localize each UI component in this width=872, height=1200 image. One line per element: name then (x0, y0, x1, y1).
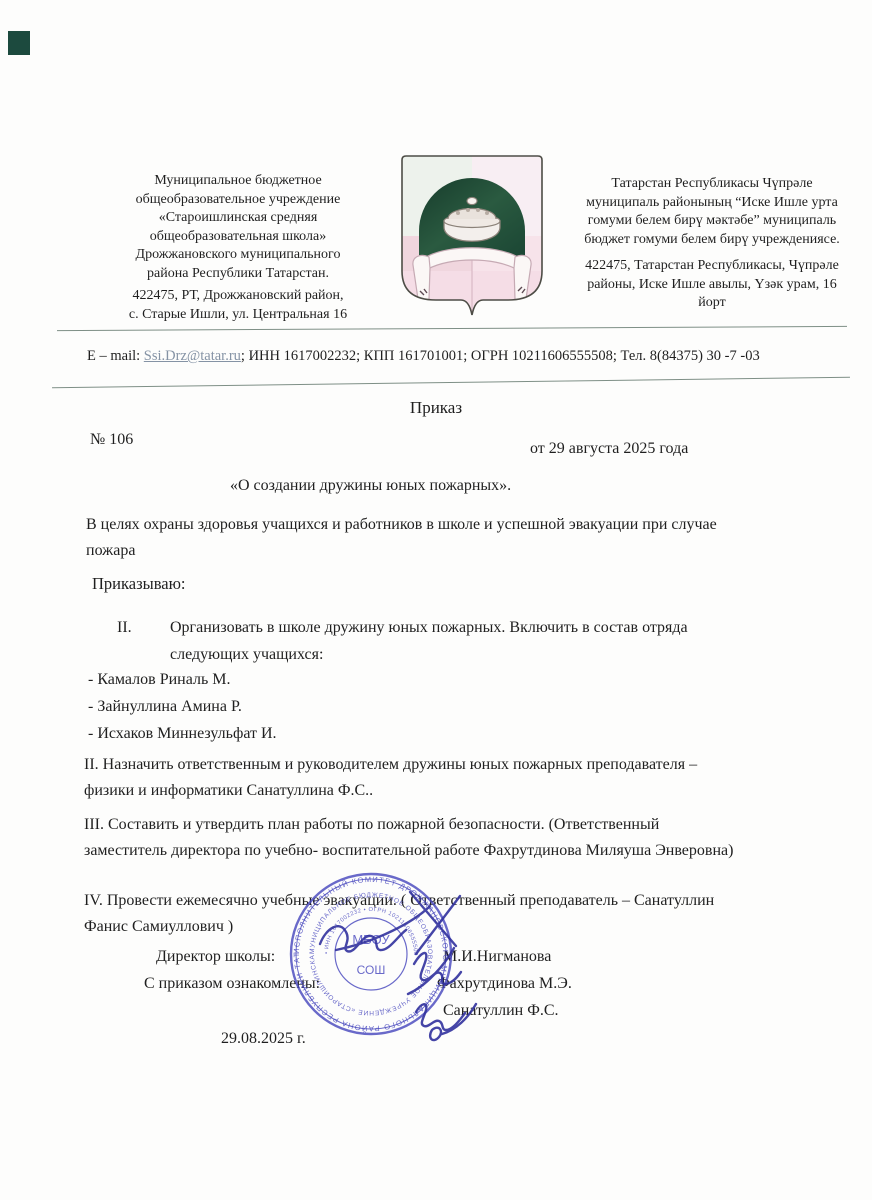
order-purpose: В целях охраны здоровья учащихся и работ… (86, 512, 810, 564)
order-subject: «О создании дружины юных пожарных». (230, 477, 511, 495)
letterhead-divider-bottom (52, 377, 850, 388)
coat-of-arms-icon (398, 153, 546, 326)
item1-number: II. (117, 614, 132, 641)
item1-text: Организовать в школе дружину юных пожарн… (170, 614, 800, 668)
director-label: Директор школы: (156, 948, 275, 966)
stamp-and-signatures: ИСПОЛНИТЕЛЬНЫЙ КОМИТЕТ ДРОЖЖАНОВСКОГО МУ… (272, 852, 512, 1067)
seal-center-bottom: СОШ (357, 963, 386, 977)
round-seal-icon: ИСПОЛНИТЕЛЬНЫЙ КОМИТЕТ ДРОЖЖАНОВСКОГО МУ… (272, 852, 512, 1067)
order-number: № 106 (90, 431, 133, 449)
letterhead-divider-top (57, 326, 847, 331)
handwritten-signatures (320, 892, 476, 1040)
letterhead-org-ru: Муниципальное бюджетное общеобразователь… (88, 172, 388, 283)
contact-line: E – mail: Ssi.Drz@tatar.ru; ИНН 16170022… (87, 348, 827, 365)
letterhead-org-tat: Татарстан Республикасы Чүпрәле муниципал… (566, 175, 858, 249)
coat-of-arms-emblem (398, 153, 546, 326)
decree-word: Приказываю: (92, 574, 186, 594)
letterhead-address-ru: 422475, РТ, Дрожжановский район, с. Стар… (82, 287, 394, 324)
email-label: E – mail: (87, 348, 144, 364)
students-list: - Камалов Риналь М. - Зайнуллина Амина Р… (88, 666, 488, 747)
letterhead-address-tat: 422475, Татарстан Республикасы, Чүпрәле … (566, 257, 858, 313)
scan-artifact-square (8, 31, 30, 55)
order-date: от 29 августа 2025 года (530, 440, 688, 458)
email-link[interactable]: Ssi.Drz@tatar.ru (144, 348, 241, 364)
registration-details: ; ИНН 1617002232; КПП 161701001; ОГРН 10… (241, 348, 760, 364)
order-title: Приказ (0, 398, 872, 418)
document-page: Муниципальное бюджетное общеобразователь… (0, 0, 872, 1200)
item2-text: II. Назначить ответственным и руководите… (84, 752, 808, 804)
